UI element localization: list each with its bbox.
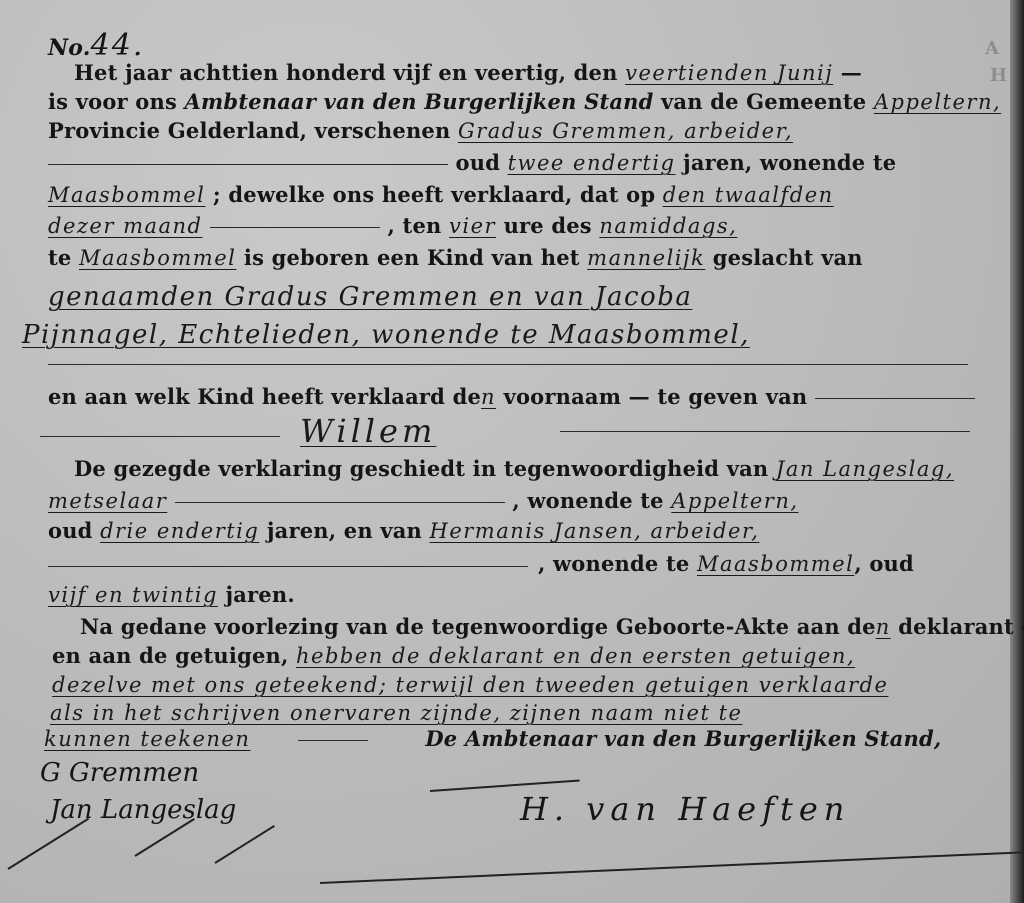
handwritten-sex: mannelijk bbox=[587, 246, 705, 270]
printed-text: en aan de getuigen, bbox=[52, 643, 289, 668]
text-line-10: en aan welk Kind heeft verklaard den voo… bbox=[48, 384, 975, 409]
printed-dash: — bbox=[841, 60, 862, 85]
printed-text: , wonende te bbox=[538, 551, 689, 576]
handwritten-birth-day: den twaalfden bbox=[663, 183, 834, 207]
printed-text: te bbox=[48, 245, 71, 270]
text-line-8: genaamden Gradus Gremmen en van Jacoba bbox=[48, 282, 692, 312]
handwritten-signing-note: dezelve met ons geteekend; terwijl den t… bbox=[52, 673, 888, 697]
printed-text: Na gedane voorlezing van de tegenwoordig… bbox=[80, 614, 876, 639]
text-line-1: Het jaar achttien honderd vijf en veerti… bbox=[74, 60, 862, 85]
handwritten-municipality: Appeltern, bbox=[874, 90, 1001, 114]
text-line-7: te Maasbommel is geboren een Kind van he… bbox=[48, 245, 863, 270]
printed-text: van de Gemeente bbox=[661, 89, 866, 114]
text-line-20: als in het schrijven onervaren zijnde, z… bbox=[50, 700, 742, 725]
blank-rule bbox=[298, 740, 368, 741]
signature-witness: Jan Langeslag bbox=[50, 795, 236, 825]
blank-rule bbox=[48, 164, 448, 165]
text-line-17: Na gedane voorlezing van de tegenwoordig… bbox=[80, 614, 1024, 639]
printed-text: , oud bbox=[854, 551, 914, 576]
blank-rule bbox=[560, 431, 970, 432]
blank-rule bbox=[175, 502, 505, 503]
signature-flourish bbox=[7, 818, 89, 870]
printed-text: De gezegde verklaring geschiedt in tegen… bbox=[74, 456, 768, 481]
handwritten-witness-2: Hermanis Jansen, arbeider, bbox=[430, 519, 760, 543]
signature-flourish bbox=[214, 825, 274, 864]
text-line-12: De gezegde verklaring geschiedt in tegen… bbox=[74, 456, 954, 481]
printed-text: oud bbox=[48, 518, 93, 543]
handwritten-birthplace: Maasbommel bbox=[79, 246, 236, 270]
text-line-4: oud twee endertig jaren, wonende te bbox=[48, 150, 896, 175]
handwritten-hour: vier bbox=[449, 214, 496, 238]
handwritten-signing-note: hebben de deklarant en den eersten getui… bbox=[296, 644, 855, 668]
page-edge-shadow bbox=[1010, 0, 1024, 903]
handwritten-suffix: n bbox=[876, 615, 891, 639]
printed-official-title: Ambtenaar van den Burgerlijken Stand bbox=[185, 89, 654, 114]
text-line-2: is voor ons Ambtenaar van den Burgerlijk… bbox=[48, 89, 1001, 114]
blank-rule bbox=[48, 566, 528, 567]
text-line-19: dezelve met ons geteekend; terwijl den t… bbox=[52, 672, 888, 697]
printed-text: ure des bbox=[504, 213, 592, 238]
printed-text: is voor ons bbox=[48, 89, 177, 114]
printed-official-signature-label: De Ambtenaar van den Burgerlijken Stand, bbox=[425, 726, 941, 751]
printed-text: en aan welk Kind heeft verklaard de bbox=[48, 384, 481, 409]
handwritten-residence: Maasbommel bbox=[48, 183, 205, 207]
handwritten-witness-1-age: drie endertig bbox=[100, 519, 259, 543]
handwritten-child-name: Willem bbox=[300, 412, 436, 450]
text-line-5: Maasbommel ; dewelke ons heeft verklaard… bbox=[48, 182, 834, 207]
handwritten-date: veertienden Junij bbox=[625, 61, 833, 85]
handwritten-signing-note: als in het schrijven onervaren zijnde, z… bbox=[50, 701, 742, 725]
handwritten-witness-1-occupation: metselaar bbox=[48, 489, 167, 513]
blank-rule bbox=[815, 398, 975, 399]
printed-text: jaren, en van bbox=[267, 518, 422, 543]
bleed-through-mark: H bbox=[990, 65, 1007, 86]
birth-certificate-page: A H No.44. Het jaar achttien honderd vij… bbox=[0, 0, 1024, 903]
handwritten-time-of-day: namiddags, bbox=[599, 214, 737, 238]
handwritten-signing-note: kunnen teekenen bbox=[44, 727, 250, 751]
signature-official: H. van Haeften bbox=[520, 790, 850, 828]
blank-rule bbox=[210, 227, 380, 228]
blank-rule bbox=[48, 364, 968, 365]
signature-underline bbox=[320, 851, 1024, 884]
text-line-13: metselaar , wonende te Appeltern, bbox=[48, 488, 799, 513]
record-number: No.44. bbox=[48, 28, 144, 63]
printed-text: Het jaar achttien honderd vijf en veerti… bbox=[74, 60, 618, 85]
text-line-18: en aan de getuigen, hebben de deklarant … bbox=[52, 643, 855, 668]
handwritten-month: dezer maand bbox=[48, 214, 203, 238]
text-line-16: vijf en twintig jaren. bbox=[48, 582, 295, 607]
printed-text: Provincie Gelderland, verschenen bbox=[48, 118, 450, 143]
printed-text: is geboren een Kind van het bbox=[244, 245, 580, 270]
handwritten-witness-2-residence: Maasbommel bbox=[697, 552, 854, 576]
text-line-6: dezer maand , ten vier ure des namiddags… bbox=[48, 213, 737, 238]
printed-text: , wonende te bbox=[512, 488, 663, 513]
printed-text: deklarant — bbox=[898, 614, 1024, 639]
handwritten-parents: genaamden Gradus Gremmen en van Jacoba bbox=[48, 282, 692, 312]
text-line-11: Willem bbox=[300, 412, 436, 450]
handwritten-witness-1-residence: Appeltern, bbox=[671, 489, 798, 513]
handwritten-parents-residence: Pijnnagel, Echtelieden, wonende te Maasb… bbox=[22, 320, 750, 350]
text-line-3: Provincie Gelderland, verschenen Gradus … bbox=[48, 118, 793, 143]
number-label: No. bbox=[48, 35, 91, 61]
printed-text: voornaam — te geven van bbox=[504, 384, 808, 409]
handwritten-age: twee endertig bbox=[508, 151, 676, 175]
bleed-through-mark: A bbox=[985, 38, 999, 59]
signature-declarant: G Gremmen bbox=[40, 758, 199, 788]
printed-text: jaren. bbox=[225, 582, 294, 607]
blank-rule bbox=[40, 436, 280, 437]
printed-text: , ten bbox=[388, 213, 442, 238]
text-line-14: oud drie endertig jaren, en van Hermanis… bbox=[48, 518, 759, 543]
printed-text: jaren, wonende te bbox=[683, 150, 896, 175]
printed-text: oud bbox=[456, 150, 501, 175]
handwritten-witness-1: Jan Langeslag, bbox=[776, 457, 954, 481]
handwritten-declarant: Gradus Gremmen, arbeider, bbox=[458, 119, 793, 143]
handwritten-suffix: n bbox=[481, 385, 496, 409]
handwritten-witness-2-age: vijf en twintig bbox=[48, 583, 218, 607]
text-line-15: , wonende te Maasbommel, oud bbox=[538, 551, 914, 576]
number-value: 44. bbox=[91, 28, 145, 63]
printed-text: geslacht van bbox=[713, 245, 863, 270]
text-line-9: Pijnnagel, Echtelieden, wonende te Maasb… bbox=[22, 320, 750, 350]
text-line-21: kunnen teekenen De Ambtenaar van den Bur… bbox=[44, 726, 941, 751]
printed-text: ; dewelke ons heeft verklaard, dat op bbox=[213, 182, 655, 207]
